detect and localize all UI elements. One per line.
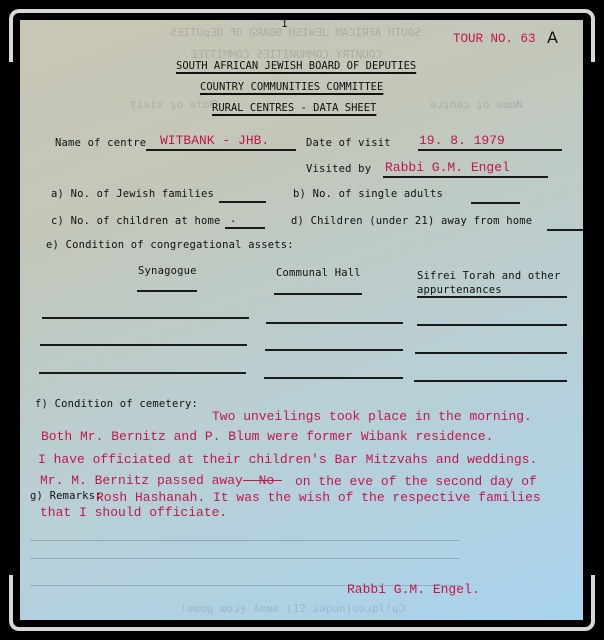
sifrei-torah-line-1 xyxy=(417,324,567,326)
question-g-label: g) Remarks: xyxy=(30,490,102,502)
sifrei-torah-line-2 xyxy=(415,352,567,354)
question-b-label: b) No. of single adults xyxy=(293,188,443,200)
synagogue-line-1 xyxy=(42,317,249,319)
name-of-centre-field-line xyxy=(146,149,296,151)
cemetery-line-4: Mr. M. Bernitz passed away xyxy=(40,473,243,488)
bleed-through-text: !ǝɯoɥ ɯoɹɟ ʎɐʍɐ (12 ɹǝpun)uǝɹpl!ɥƆ xyxy=(180,602,405,615)
synagogue-line-3 xyxy=(39,372,246,374)
question-f-label: f) Condition of cemetery: xyxy=(35,398,198,410)
name-of-centre-value: WITBANK - JHB. xyxy=(160,133,269,148)
communal-hall-line-3 xyxy=(264,377,403,379)
sheet-title: RURAL CENTRES - DATA SHEET xyxy=(212,102,376,114)
date-field-line xyxy=(418,149,562,151)
visited-by-field-line xyxy=(383,176,548,178)
column-sifrei-torah: Sifrei Torah and other xyxy=(417,270,560,282)
faint-rule xyxy=(30,558,460,559)
cemetery-line-3: I have officiated at their children's Ba… xyxy=(38,452,537,467)
question-c-value: . xyxy=(230,213,237,225)
communal-hall-line-1 xyxy=(266,322,403,324)
date-of-visit-label: Date of visit xyxy=(306,137,391,149)
question-d-field-line xyxy=(547,229,583,231)
sifrei-torah-line-3 xyxy=(414,380,567,382)
date-of-visit-value: 19. 8. 1979 xyxy=(419,133,505,148)
data-sheet-paper: ƧƎITUqƎD ꟻO GЯAOB HƧIWƎL MAƆIЯꟻA HTUOƧ Ǝ… xyxy=(20,20,583,620)
synagogue-line-2 xyxy=(40,344,247,346)
column-synagogue: Synagogue xyxy=(138,265,197,277)
synagogue-underline xyxy=(137,290,197,292)
communal-hall-underline xyxy=(274,293,362,295)
signature: Rabbi G.M. Engel. xyxy=(347,582,480,597)
page-number: 1 xyxy=(281,20,288,30)
cemetery-line-1: Two unveilings took place in the morning… xyxy=(212,409,532,424)
tour-number: TOUR NO. 63 xyxy=(453,32,536,46)
visited-by-label: Visited by xyxy=(306,163,371,175)
column-communal-hall: Communal Hall xyxy=(276,267,361,279)
question-b-field-line xyxy=(471,202,520,204)
bleed-through-text: ƧƎITUqƎD ꟻO GЯAOB HƧIWƎL MAƆIЯꟻA HTUOƧ xyxy=(170,26,421,39)
org-title: SOUTH AFRICAN JEWISH BOARD OF DEPUTIES xyxy=(176,60,416,72)
question-e-label: e) Condition of congregational assets: xyxy=(46,239,294,251)
cemetery-line-6: that I should officiate. xyxy=(40,505,227,520)
bleed-through-text: tisiv ʇo ǝtɒᗡ xyxy=(130,98,218,111)
cemetery-line-4b: on the eve of the second day of xyxy=(295,474,537,489)
cemetery-struck-text: --No- xyxy=(243,473,282,488)
tour-suffix-handwritten: A xyxy=(547,28,558,47)
cemetery-line-5: Rosh Hashanah. It was the wish of the re… xyxy=(96,490,541,505)
sifrei-torah-underline xyxy=(417,296,567,298)
communal-hall-line-2 xyxy=(265,349,403,351)
cemetery-line-2: Both Mr. Bernitz and P. Blum were former… xyxy=(41,429,493,444)
question-c-field-line xyxy=(225,227,265,229)
question-d-label: d) Children (under 21) away from home xyxy=(291,215,532,227)
question-c-label: c) No. of children at home xyxy=(51,215,221,227)
bleed-through-text: ǝɹʇnǝɔ ʇo ǝɯɒN xyxy=(430,98,523,111)
column-appurtenances: appurtenances xyxy=(417,284,502,296)
question-a-label: a) No. of Jewish families xyxy=(51,188,214,200)
committee-title: COUNTRY COMMUNITIES COMMITTEE xyxy=(200,81,383,93)
question-a-field-line xyxy=(219,201,266,203)
name-of-centre-label: Name of centre xyxy=(55,137,146,149)
faint-rule xyxy=(30,540,460,541)
visited-by-value: Rabbi G.M. Engel xyxy=(385,160,510,175)
